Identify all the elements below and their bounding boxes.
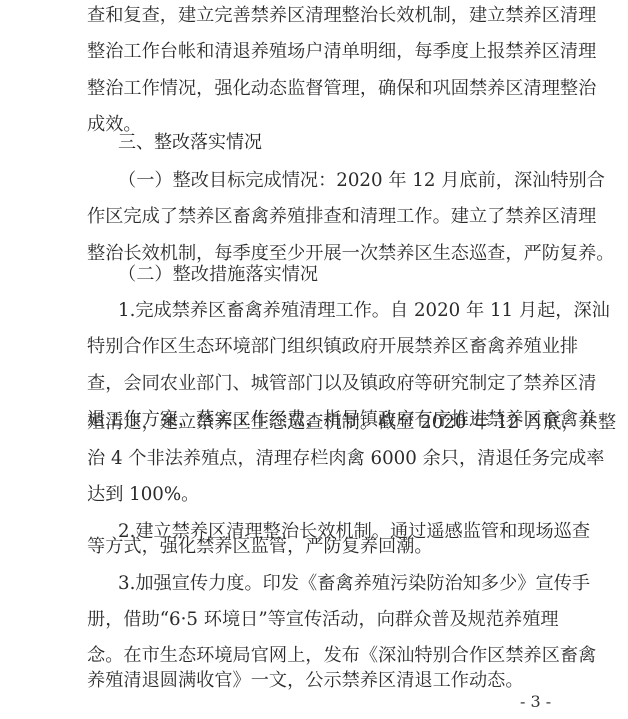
item-1-line: 1.完成禁养区畜禽养殖清理工作。自 2020 年 11 月起，深汕 — [118, 300, 557, 322]
subsection-2-title: （二）整改措施落实情况 — [118, 264, 318, 286]
item-3-line: 3.加强宣传力度。印发《畜禽养殖污染防治知多少》宣传手 — [118, 573, 557, 595]
item-3-line: 册，借助“6·5 环境日”等宣传活动，向群众普及规范养殖理 — [87, 609, 557, 631]
item-1-line: 特别合作区生态环境部门组织镇政府开展禁养区畜禽养殖业排 — [87, 336, 557, 358]
subsection-1-line: 作区完成了禁养区畜禽养殖排查和清理工作。建立了禁养区清理 — [87, 206, 557, 228]
paragraph-line: 查和复查，建立完善禁养区清理整治长效机制，建立禁养区清理 — [87, 5, 557, 27]
section-heading: 三、整改落实情况 — [118, 132, 262, 154]
item-3-line: 养殖清退圆满收官》一文，公示禁养区清退工作动态。 — [87, 670, 557, 692]
subsection-1-line: 整治长效机制，每季度至少开展一次禁养区生态巡查，严防复养。 — [87, 243, 557, 265]
item-2-line: 等方式，强化禁养区监管，严防复养回潮。 — [87, 536, 557, 558]
item-1-line: 治 4 个非法养殖点，清理存栏肉禽 6000 余只，清退任务完成率 — [87, 448, 557, 470]
paragraph-line: 整治工作台帐和清退养殖场户清单明细，每季度上报禁养区清理 — [87, 41, 557, 63]
paragraph-line: 整治工作情况，强化动态监督管理，确保和巩固禁养区清理整治 — [87, 78, 557, 100]
item-1-line: 查，会同农业部门、城管部门以及镇政府等研究制定了禁养区清 — [87, 373, 557, 395]
item-1-line: 殖清退，建立禁养区生态巡查机制。截至 2020 年 12 月底，共整 — [87, 412, 557, 434]
page-number: - 3 - — [520, 692, 551, 712]
subsection-1-line: （一）整改目标完成情况：2020 年 12 月底前，深汕特别合 — [118, 170, 557, 192]
item-3-line: 念。在市生态环境局官网上，发布《深汕特别合作区禁养区畜禽 — [87, 645, 557, 667]
document-page: 查和复查，建立完善禁养区清理整治长效机制，建立禁养区清理 整治工作台帐和清退养殖… — [0, 0, 628, 719]
item-1-line: 达到 100%。 — [87, 484, 557, 506]
